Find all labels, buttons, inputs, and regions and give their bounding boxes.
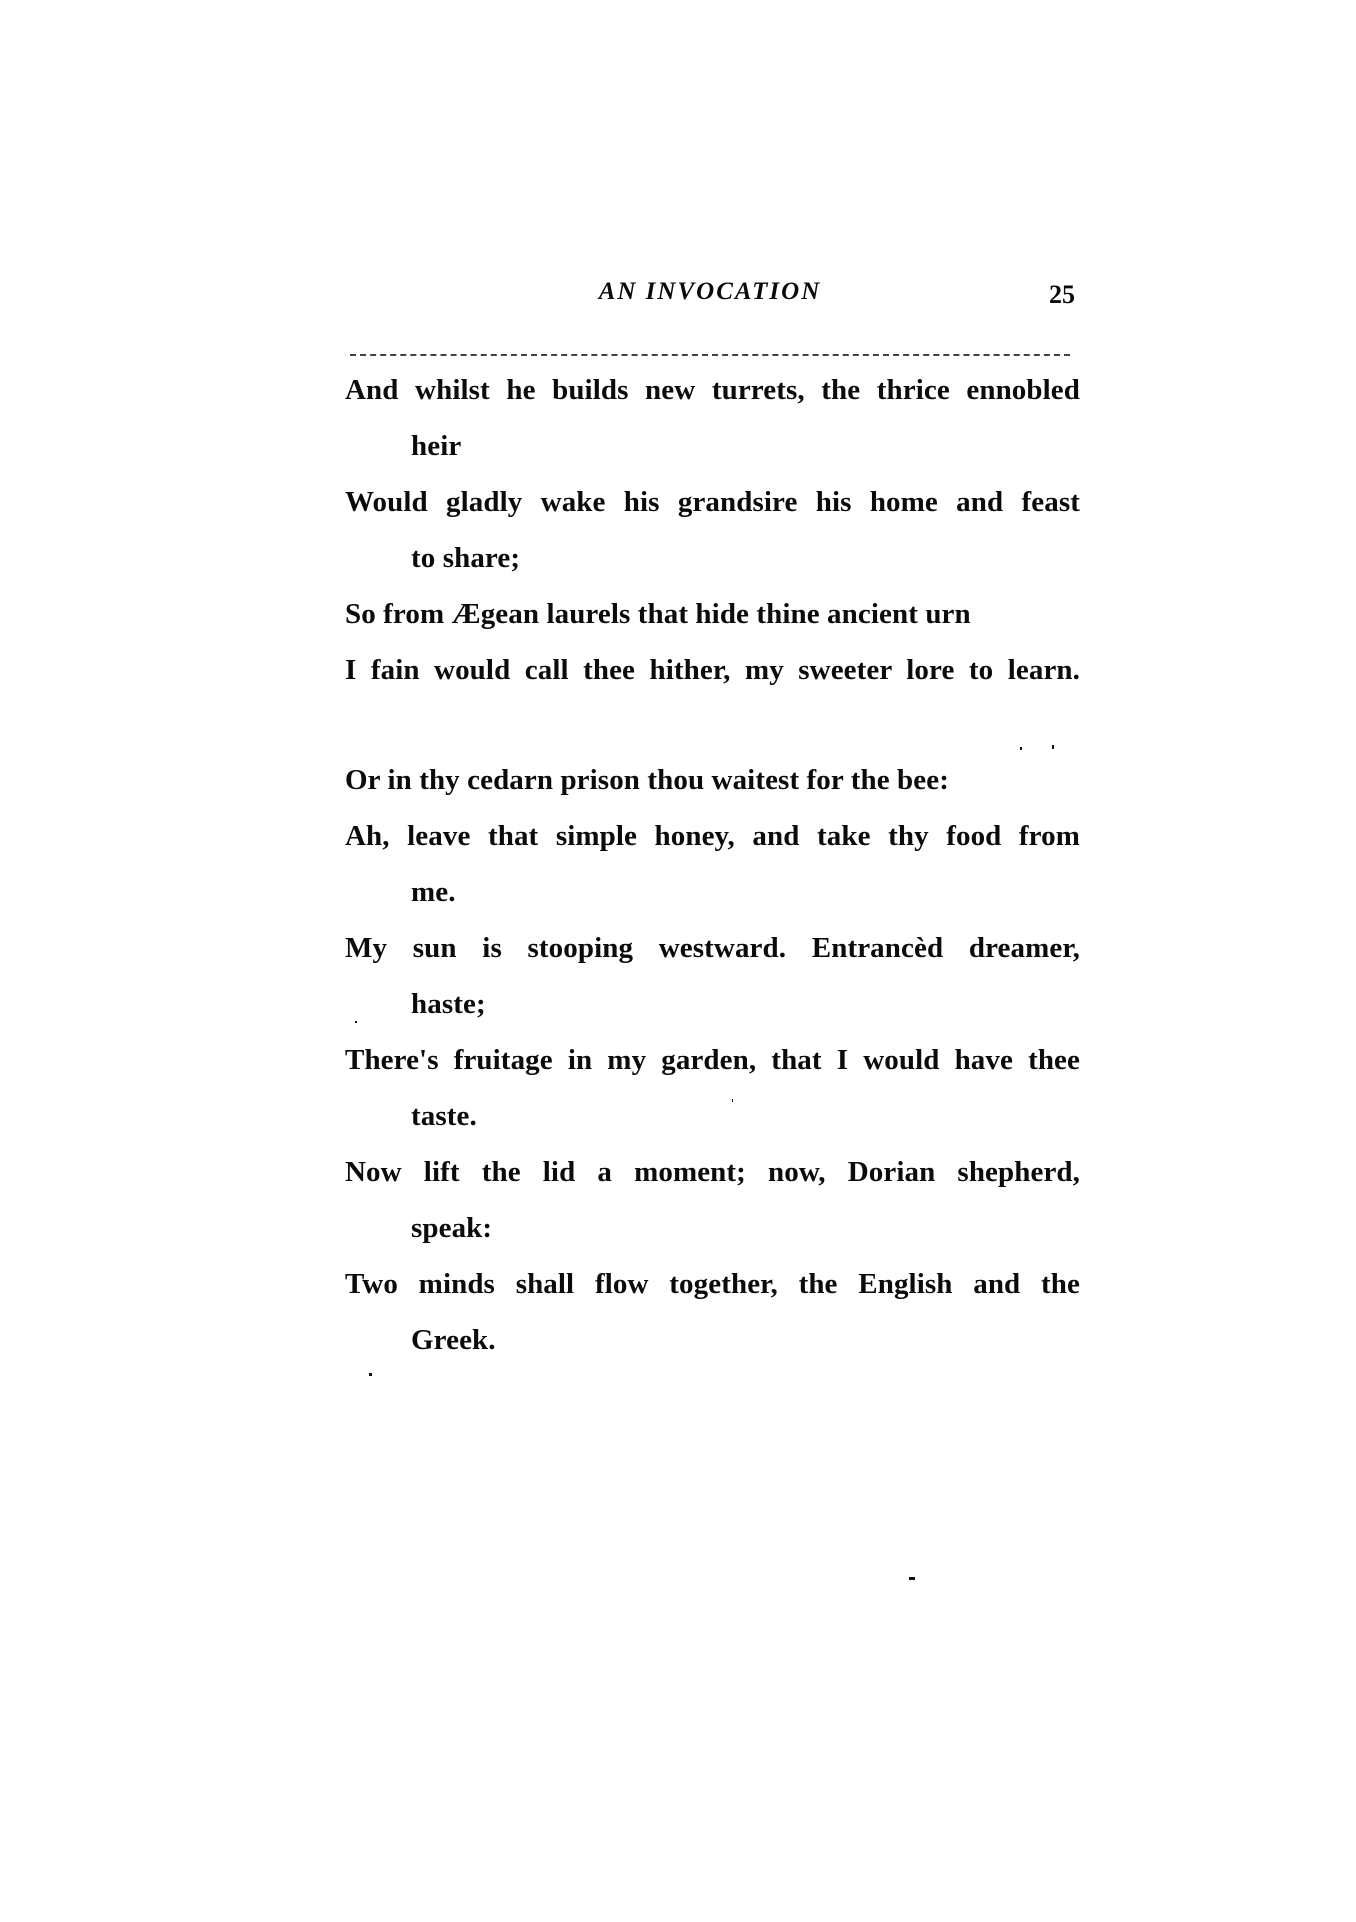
verse-line-continuation: speak: [345,1200,1080,1256]
verse-line-continuation: to share; [345,530,1080,586]
scan-speck [909,1577,915,1580]
running-head: AN INVOCATION 25 [345,278,1075,318]
scan-speck [1020,747,1022,750]
verse-line-continuation: me. [345,864,1080,920]
book-page: AN INVOCATION 25 And whilst he builds ne… [0,0,1356,1922]
verse-line-continuation: Greek. [345,1312,1080,1368]
page-number: 25 [1049,280,1075,310]
verse-line: And whilst he builds new turrets, the th… [345,362,1080,418]
verse-line: Now lift the lid a moment; now, Dorian s… [345,1144,1080,1200]
scan-speck [732,1099,733,1102]
verse-line: Or in thy cedarn prison thou waitest for… [345,752,1080,808]
verse-line: Two minds shall flow together, the Engli… [345,1256,1080,1312]
verse-line: I fain would call thee hither, my sweete… [345,642,1080,698]
verse-line: So from Ægean laurels that hide thine an… [345,586,1080,642]
verse-line: Ah, leave that simple honey, and take th… [345,808,1080,864]
stanza-2: Or in thy cedarn prison thou waitest for… [345,752,1080,1368]
scan-speck [355,1021,357,1023]
verse-line: My sun is stooping westward. Entrancèd d… [345,920,1080,976]
verse-line: Would gladly wake his grandsire his home… [345,474,1080,530]
verse-line-continuation: taste. [345,1088,1080,1144]
verse-line-continuation: haste; [345,976,1080,1032]
scan-speck [1052,745,1054,749]
stanza-1: And whilst he builds new turrets, the th… [345,362,1080,698]
running-title: AN INVOCATION [345,278,1075,306]
verse-line: There's fruitage in my garden, that I wo… [345,1032,1080,1088]
header-rule [350,354,1070,356]
verse-line-continuation: heir [345,418,1080,474]
scan-speck [369,1373,372,1376]
